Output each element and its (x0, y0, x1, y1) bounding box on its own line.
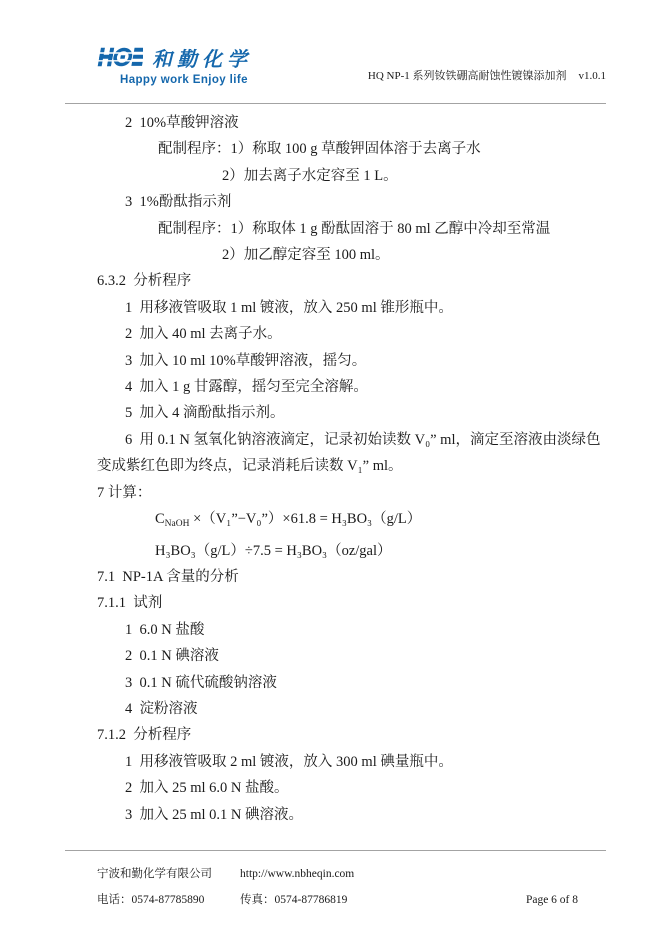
section-heading: 7.1 NP-1A 含量的分析 (97, 564, 606, 590)
doc-line: 3 加入 25 ml 0.1 N 碘溶液。 (125, 802, 606, 828)
document-page: 和勤化学 Happy work Enjoy life HQ NP-1 系列钕铁硼… (0, 0, 671, 950)
doc-line: 4 淀粉溶液 (125, 696, 606, 722)
doc-line: 2 10%草酸钾溶液 (125, 110, 606, 136)
section-heading: 7 计算： (97, 480, 606, 506)
doc-line: 2 加入 40 ml 去离子水。 (125, 321, 606, 347)
header-divider (65, 103, 606, 104)
footer-phone: 电话：0574-87785890 (97, 891, 240, 907)
formula-subscript: NaOH (165, 519, 190, 529)
doc-line: 变成紫红色即为终点，记录消耗后读数 V₁” ml。 (97, 453, 606, 479)
document-body: 2 10%草酸钾溶液 配制程序：1）称取 100 g 草酸钾固体溶于去离子水 2… (65, 110, 606, 828)
footer-company: 宁波和勤化学有限公司 (97, 865, 240, 881)
footer-page-number: Page 6 of 8 (526, 894, 578, 906)
header-doc-meta: HQ NP-1 系列钕铁硼高耐蚀性镀镍添加剂v1.0.1 (368, 67, 606, 83)
formula-line: CNaOH ×（V₁”−V₀”）×61.8 = H₃BO₃（g/L） (155, 506, 606, 537)
doc-line: 1 用移液管吸取 2 ml 镀液，放入 300 ml 碘量瓶中。 (125, 749, 606, 775)
doc-line: 3 0.1 N 硫代硫酸钠溶液 (125, 670, 606, 696)
section-heading: 7.1.1 试剂 (97, 590, 606, 616)
doc-line: 1 用移液管吸取 1 ml 镀液，放入 250 ml 锥形瓶中。 (125, 295, 606, 321)
section-heading: 6.3.2 分析程序 (97, 268, 606, 294)
doc-line: 3 加入 10 ml 10%草酸钾溶液，摇匀。 (125, 348, 606, 374)
formula-line: H₃BO₃（g/L）÷7.5 = H₃BO₃（oz/gal） (155, 538, 606, 564)
footer-divider (65, 850, 606, 851)
formula-term: C (155, 511, 165, 527)
doc-line: 2 加入 25 ml 6.0 N 盐酸。 (125, 775, 606, 801)
section-heading: 7.1.2 分析程序 (97, 722, 606, 748)
formula-term: ×（V₁”−V₀”）×61.8 = H₃BO₃（g/L） (189, 511, 421, 527)
page-header: 和勤化学 Happy work Enjoy life HQ NP-1 系列钕铁硼… (65, 0, 606, 86)
doc-line: 配制程序：1）称取 100 g 草酸钾固体溶于去离子水 (158, 136, 606, 162)
doc-line: 6 用 0.1 N 氢氧化钠溶液滴定，记录初始读数 V₀” ml，滴定至溶液由淡… (125, 427, 606, 453)
header-doc-title: HQ NP-1 系列钕铁硼高耐蚀性镀镍添加剂 (368, 70, 567, 82)
doc-line: 2）加去离子水定容至 1 L。 (222, 163, 606, 189)
doc-line: 1 6.0 N 盐酸 (125, 617, 606, 643)
doc-line: 3 1%酚酞指示剂 (125, 189, 606, 215)
footer-fax: 传真：0574-87786819 (240, 891, 347, 907)
logo-hqe-mark (97, 45, 143, 69)
doc-line: 4 加入 1 g 甘露醇，摇匀至完全溶解。 (125, 374, 606, 400)
page-footer: 宁波和勤化学有限公司 http://www.nbheqin.com 电话：057… (65, 850, 606, 907)
doc-line: 2 0.1 N 碘溶液 (125, 643, 606, 669)
doc-line: 配制程序：1）称取体 1 g 酚酞固溶于 80 ml 乙醇中冷却至常温 (158, 216, 606, 242)
footer-website: http://www.nbheqin.com (240, 868, 354, 880)
doc-line: 5 加入 4 滴酚酞指示剂。 (125, 400, 606, 426)
header-doc-version: v1.0.1 (579, 70, 607, 82)
logo-company-name: 和勤化学 (152, 43, 252, 72)
doc-line: 2）加乙醇定容至 100 ml。 (222, 242, 606, 268)
